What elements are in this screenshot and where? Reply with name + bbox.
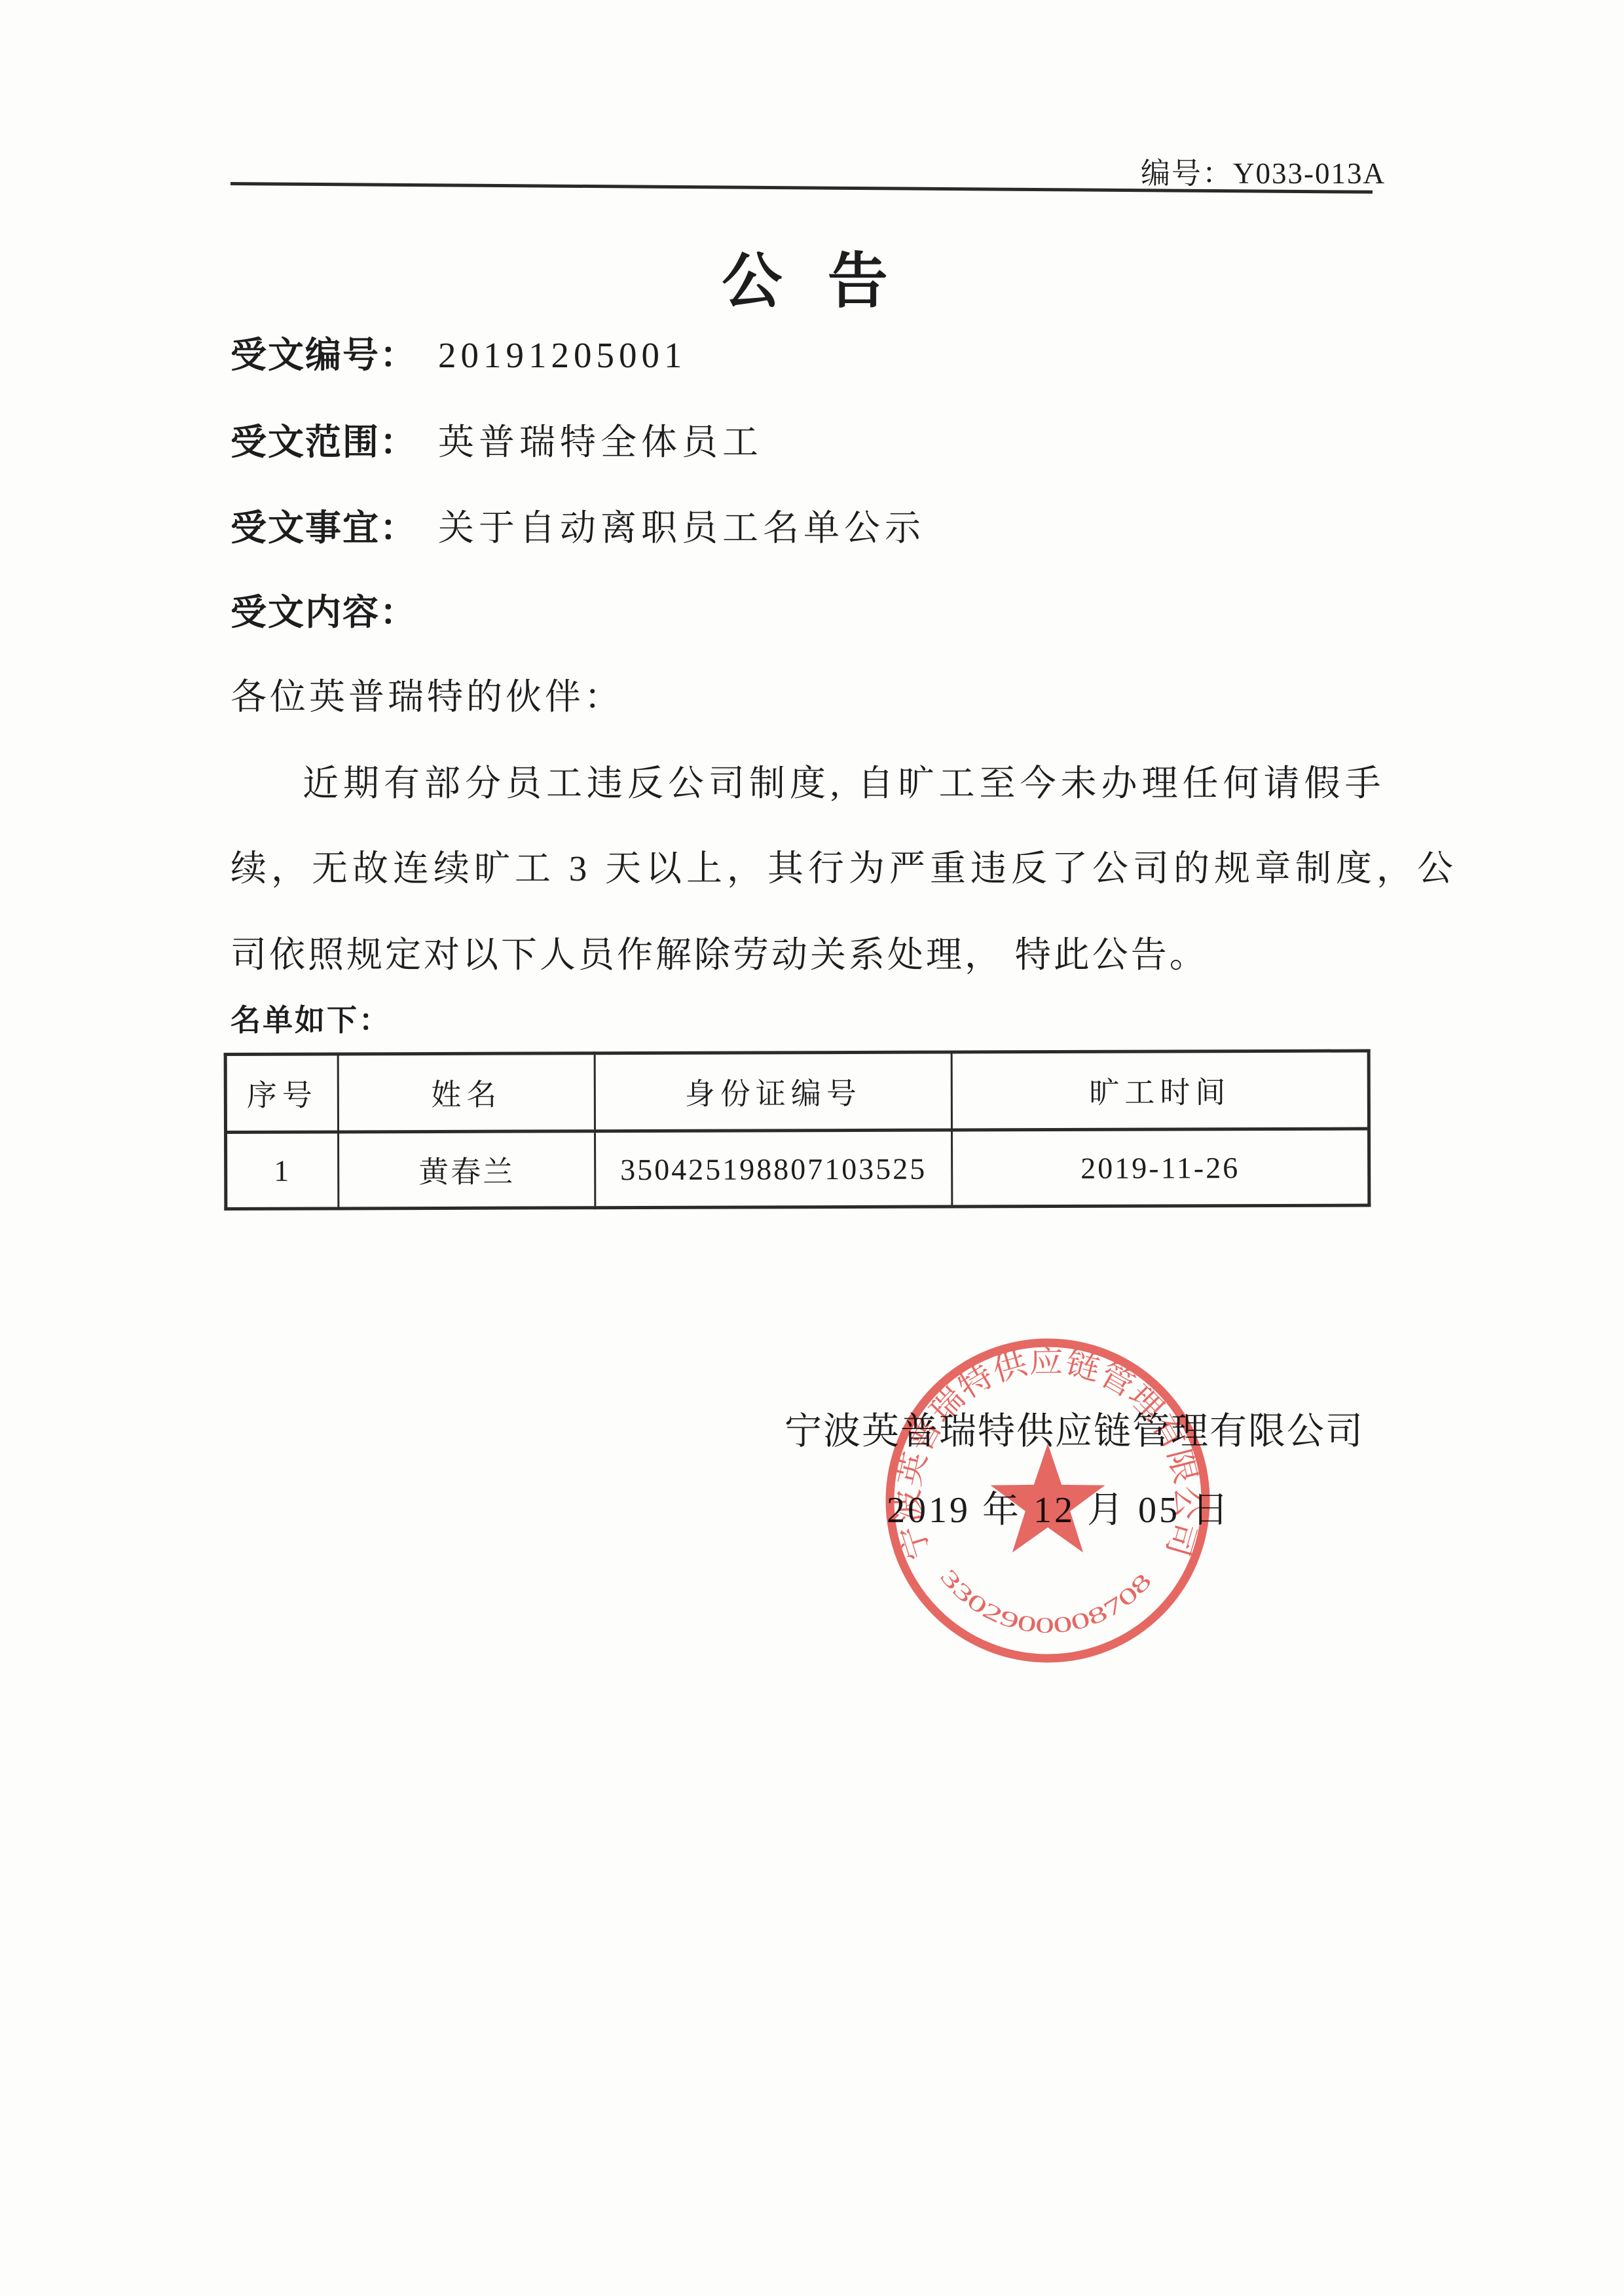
svg-text:3302900008708: 3302900008708: [935, 1565, 1156, 1638]
cell-id-number: 350425198807103525: [595, 1130, 952, 1208]
field-value: 关于自动离职员工名单公示: [438, 508, 925, 548]
body-paragraph-line: 续，无故连续旷工 3 天以上，其行为严重违反了公司的规章制度，公: [231, 839, 1458, 891]
salutation: 各位英普瑞特的伙伴：: [231, 668, 623, 720]
field-row-doc-id: 受文编号：20191205001: [231, 326, 687, 378]
field-label: 受文事宜：: [231, 507, 417, 548]
field-label: 受文编号：: [231, 335, 417, 375]
body-paragraph-line: 司依照规定对以下人员作解除劳动关系处理， 特此公告。: [231, 926, 1208, 977]
body-paragraph-line: 近期有部分员工违反公司制度, 自旷工至今未办理任何请假手: [303, 754, 1386, 806]
field-row-content: 受文内容：: [231, 583, 438, 635]
field-value: 20191205001: [438, 335, 687, 375]
col-header-index: 序号: [225, 1054, 338, 1133]
company-stamp: 宁波英普瑞特供应链管理有限公司 3302900008708: [877, 1330, 1218, 1671]
table-header-row: 序号 姓名 身份证编号 旷工时间: [225, 1051, 1369, 1132]
cell-name: 黄春兰: [339, 1131, 595, 1209]
field-row-subject: 受文事宜：关于自动离职员工名单公示: [231, 499, 925, 551]
field-label: 受文范围：: [231, 422, 417, 462]
doc-number: 编号：Y033-013A: [1141, 149, 1386, 192]
page-title: 公 告: [0, 233, 1624, 319]
cell-index: 1: [226, 1132, 339, 1209]
doc-number-label: 编号：: [1141, 157, 1233, 190]
list-intro: 名单如下：: [231, 996, 391, 1040]
col-header-name: 姓名: [338, 1053, 595, 1132]
cell-absence-date: 2019-11-26: [951, 1129, 1369, 1207]
field-label: 受文内容：: [231, 592, 417, 632]
table-row: 1 黄春兰 350425198807103525 2019-11-26: [226, 1129, 1369, 1209]
stamp-serial-number: 3302900008708: [935, 1565, 1156, 1638]
field-value: 英普瑞特全体员工: [438, 422, 763, 462]
announcement-document: 编号：Y033-013A 公 告 受文编号：20191205001 受文范围：英…: [0, 0, 1624, 2296]
stamp-star-icon: [991, 1444, 1105, 1552]
roster-table: 序号 姓名 身份证编号 旷工时间 1 黄春兰 35042519880710352…: [224, 1049, 1371, 1210]
doc-number-value: Y033-013A: [1233, 157, 1386, 190]
col-header-absence-date: 旷工时间: [951, 1051, 1369, 1130]
field-row-scope: 受文范围：英普瑞特全体员工: [231, 413, 763, 465]
col-header-id-number: 身份证编号: [595, 1052, 951, 1131]
